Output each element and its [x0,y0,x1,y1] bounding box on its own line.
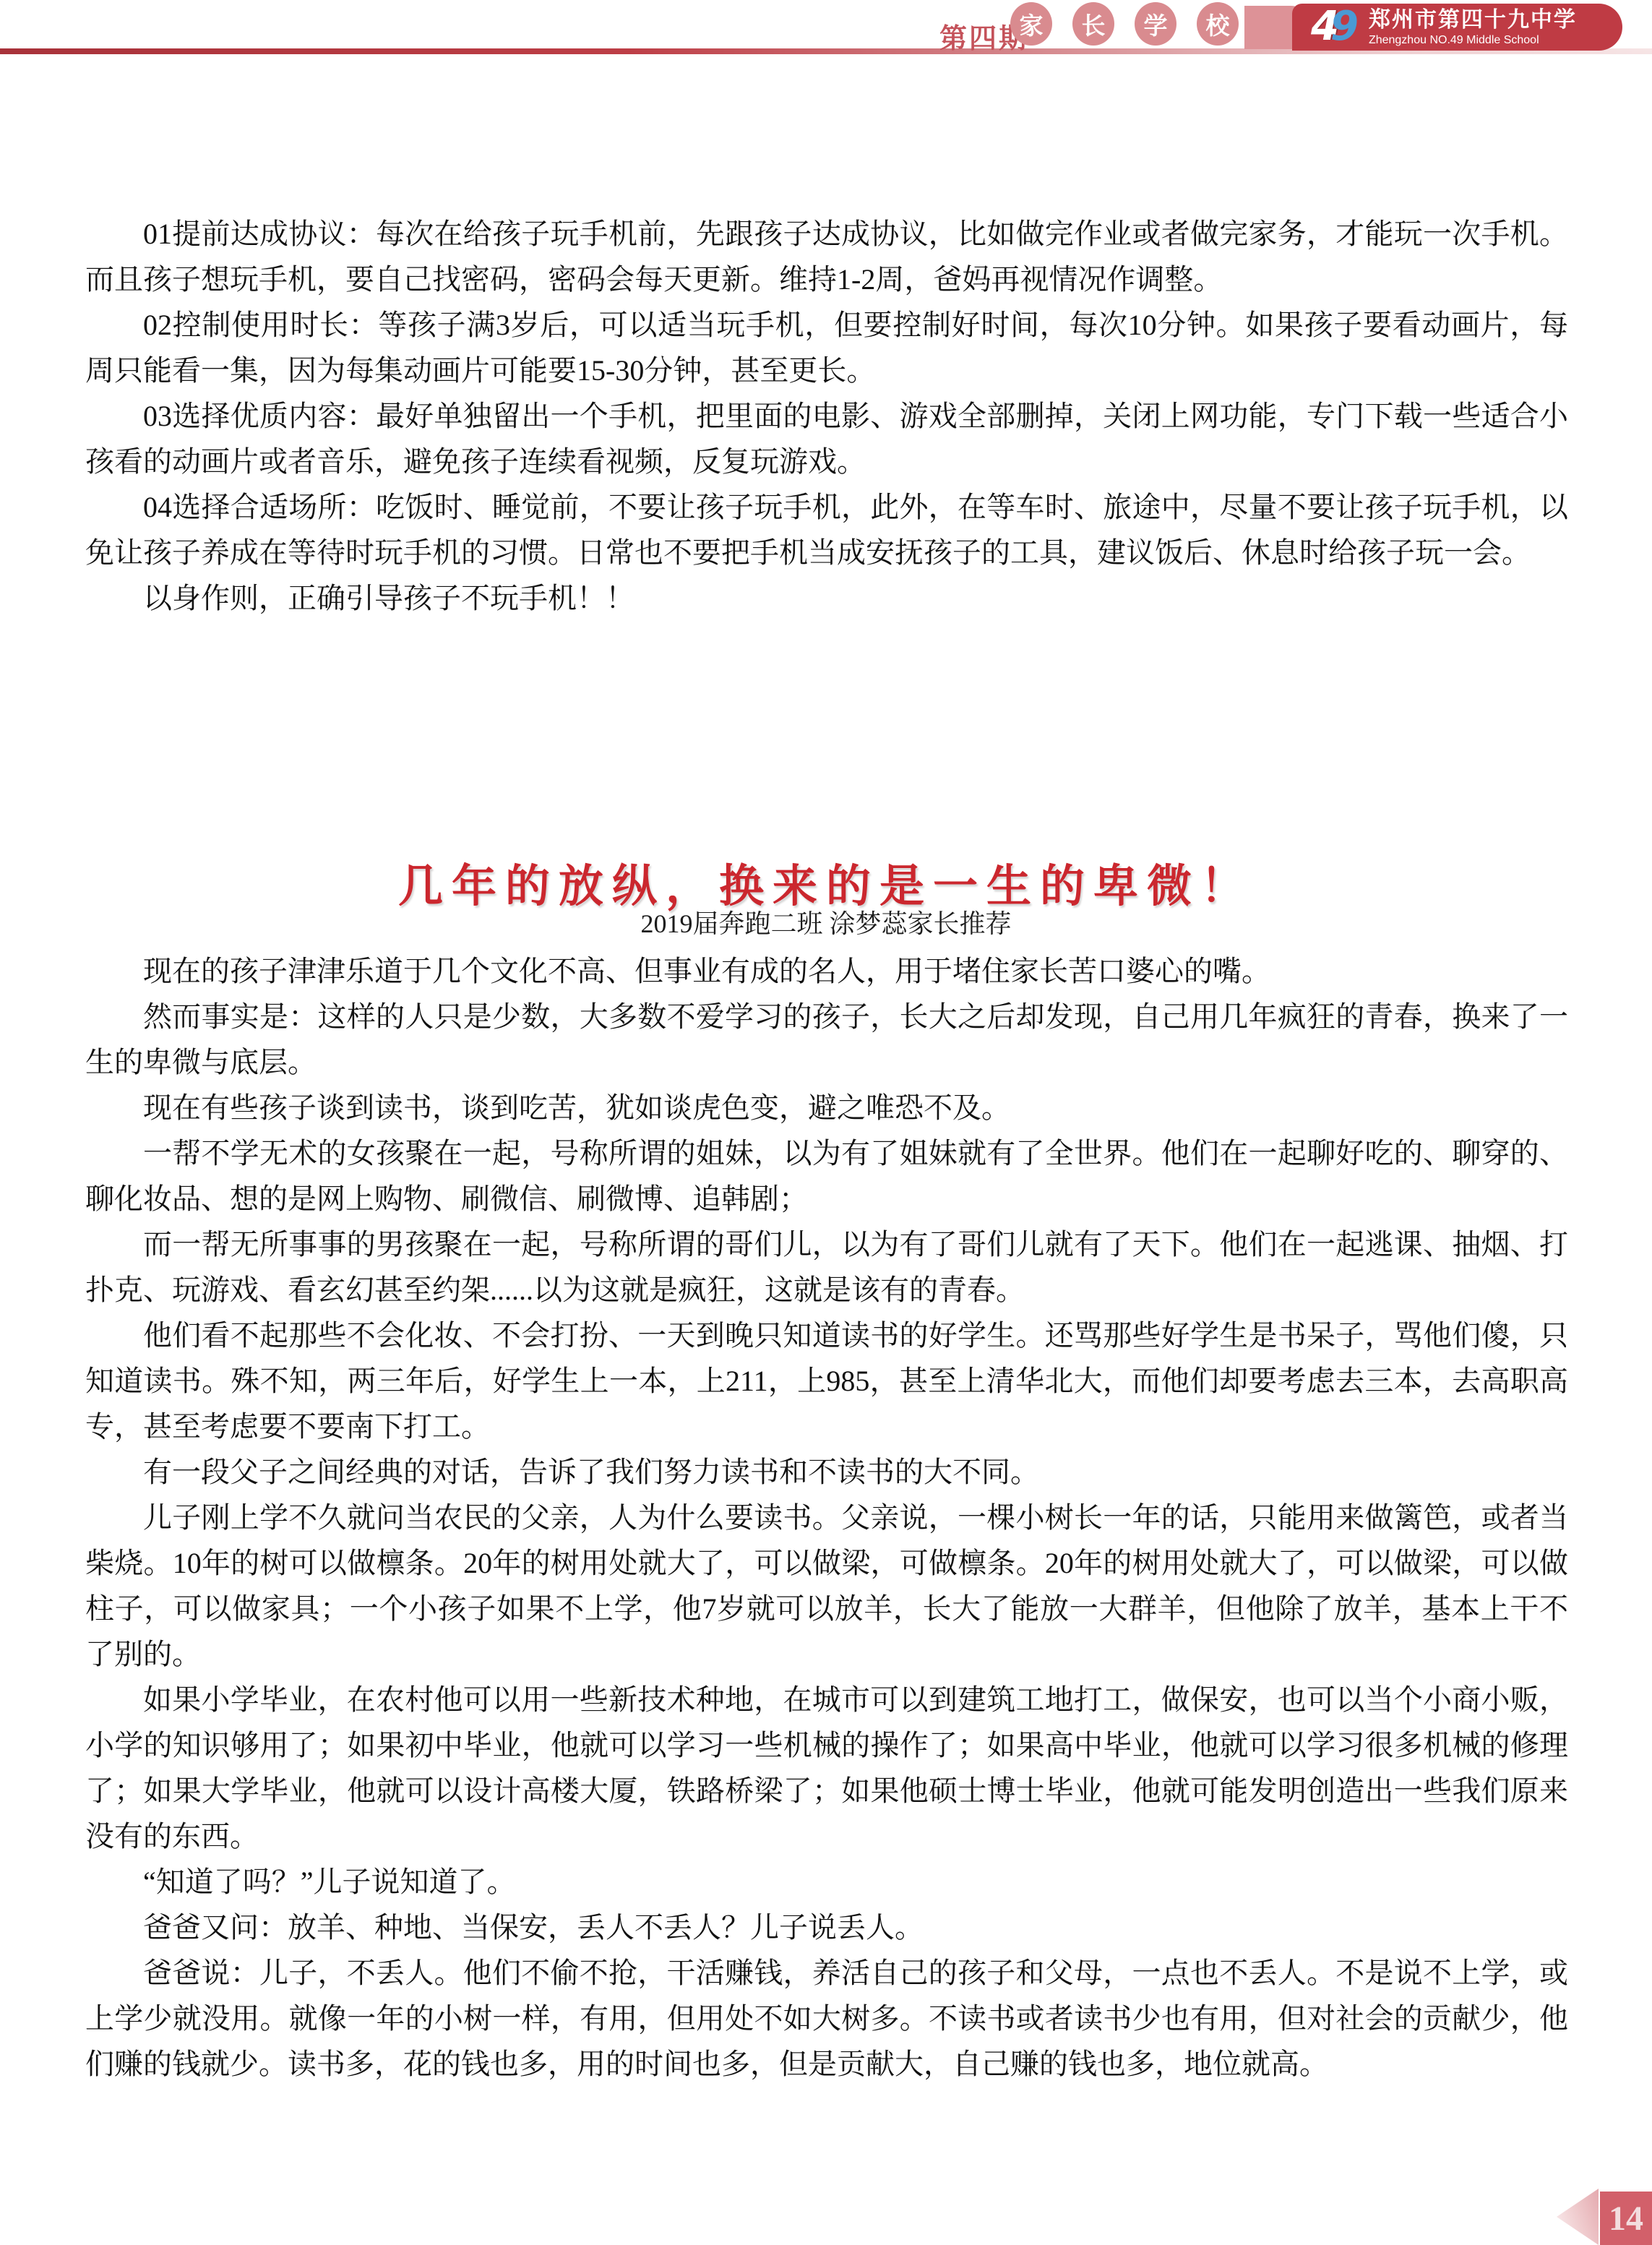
paragraph: 如果小学毕业，在农村他可以用一些新技术种地，在城市可以到建筑工地打工，做保安，也… [85,1677,1568,1859]
masthead: 家 长 学 校 [1010,2,1239,46]
paragraph: 01提前达成协议：每次在给孩子玩手机前，先跟孩子达成协议，比如做完作业或者做完家… [85,211,1568,302]
school-names: 郑州市第四十九中学 Zhengzhou NO.49 Middle School [1369,8,1577,47]
paragraph: 02控制使用时长：等孩子满3岁后，可以适当玩手机，但要控制好时间，每次10分钟。… [85,302,1568,393]
masthead-badge: 长 [1072,2,1114,46]
school-name-en: Zhengzhou NO.49 Middle School [1369,34,1577,47]
paragraph: 一帮不学无术的女孩聚在一起，号称所谓的姐妹，以为有了姐妹就有了全世界。他们在一起… [85,1130,1568,1222]
masthead-badge: 校 [1197,2,1239,46]
paragraph: 而一帮无所事事的男孩聚在一起，号称所谓的哥们儿，以为有了哥们儿就有了天下。他们在… [85,1222,1568,1313]
newsletter-page: 第四期 家 长 学 校 4 9 郑州市第四十九中学 Zhengzhou NO.4… [0,0,1652,2245]
corner-triangle-icon [1557,2189,1599,2245]
paragraph: 然而事实是：这样的人只是少数，大多数不爱学习的孩子，长大之后却发现，自己用几年疯… [85,994,1568,1085]
paragraph: “知道了吗？”儿子说知道了。 [85,1859,1568,1905]
paragraph: 04选择合适场所：吃饭时、睡觉前，不要让孩子玩手机，此外，在等车时、旅途中，尽量… [85,484,1568,575]
logo-digit-9: 9 [1330,7,1359,47]
masthead-badge: 学 [1135,2,1176,46]
school-name-cn: 郑州市第四十九中学 [1369,8,1577,32]
masthead-badge: 家 [1010,2,1052,46]
article-byline: 2019届奔跑二班 涂梦蕊家长推荐 [0,903,1652,940]
phone-tips-section: 01提前达成协议：每次在给孩子玩手机前，先跟孩子达成协议，比如做完作业或者做完家… [85,211,1568,621]
school-logo-49-icon: 4 9 [1311,7,1359,47]
school-banner: 4 9 郑州市第四十九中学 Zhengzhou NO.49 Middle Sch… [1292,4,1622,51]
paragraph: 爸爸说：儿子，不丢人。他们不偷不抢，干活赚钱，养活自己的孩子和父母，一点也不丢人… [85,1950,1568,2087]
article-body: 现在的孩子津津乐道于几个文化不高、但事业有成的名人，用于堵住家长苦口婆心的嘴。 … [85,948,1568,2087]
paragraph: 现在有些孩子谈到读书，谈到吃苦，犹如谈虎色变，避之唯恐不及。 [85,1085,1568,1130]
paragraph: 现在的孩子津津乐道于几个文化不高、但事业有成的名人，用于堵住家长苦口婆心的嘴。 [85,948,1568,994]
paragraph: 03选择优质内容：最好单独留出一个手机，把里面的电影、游戏全部删掉，关闭上网功能… [85,393,1568,484]
paragraph: 儿子刚上学不久就问当农民的父亲，人为什么要读书。父亲说，一棵小树长一年的话，只能… [85,1495,1568,1677]
paragraph: 以身作则，正确引导孩子不玩手机！！ [85,575,1568,621]
page-number-badge: 14 [1600,2192,1652,2245]
paragraph: 爸爸又问：放羊、种地、当保安，丢人不丢人？儿子说丢人。 [85,1905,1568,1950]
paragraph: 有一段父子之间经典的对话，告诉了我们努力读书和不读书的大不同。 [85,1449,1568,1495]
paragraph: 他们看不起那些不会化妆、不会打扮、一天到晚只知道读书的好学生。还骂那些好学生是书… [85,1313,1568,1449]
